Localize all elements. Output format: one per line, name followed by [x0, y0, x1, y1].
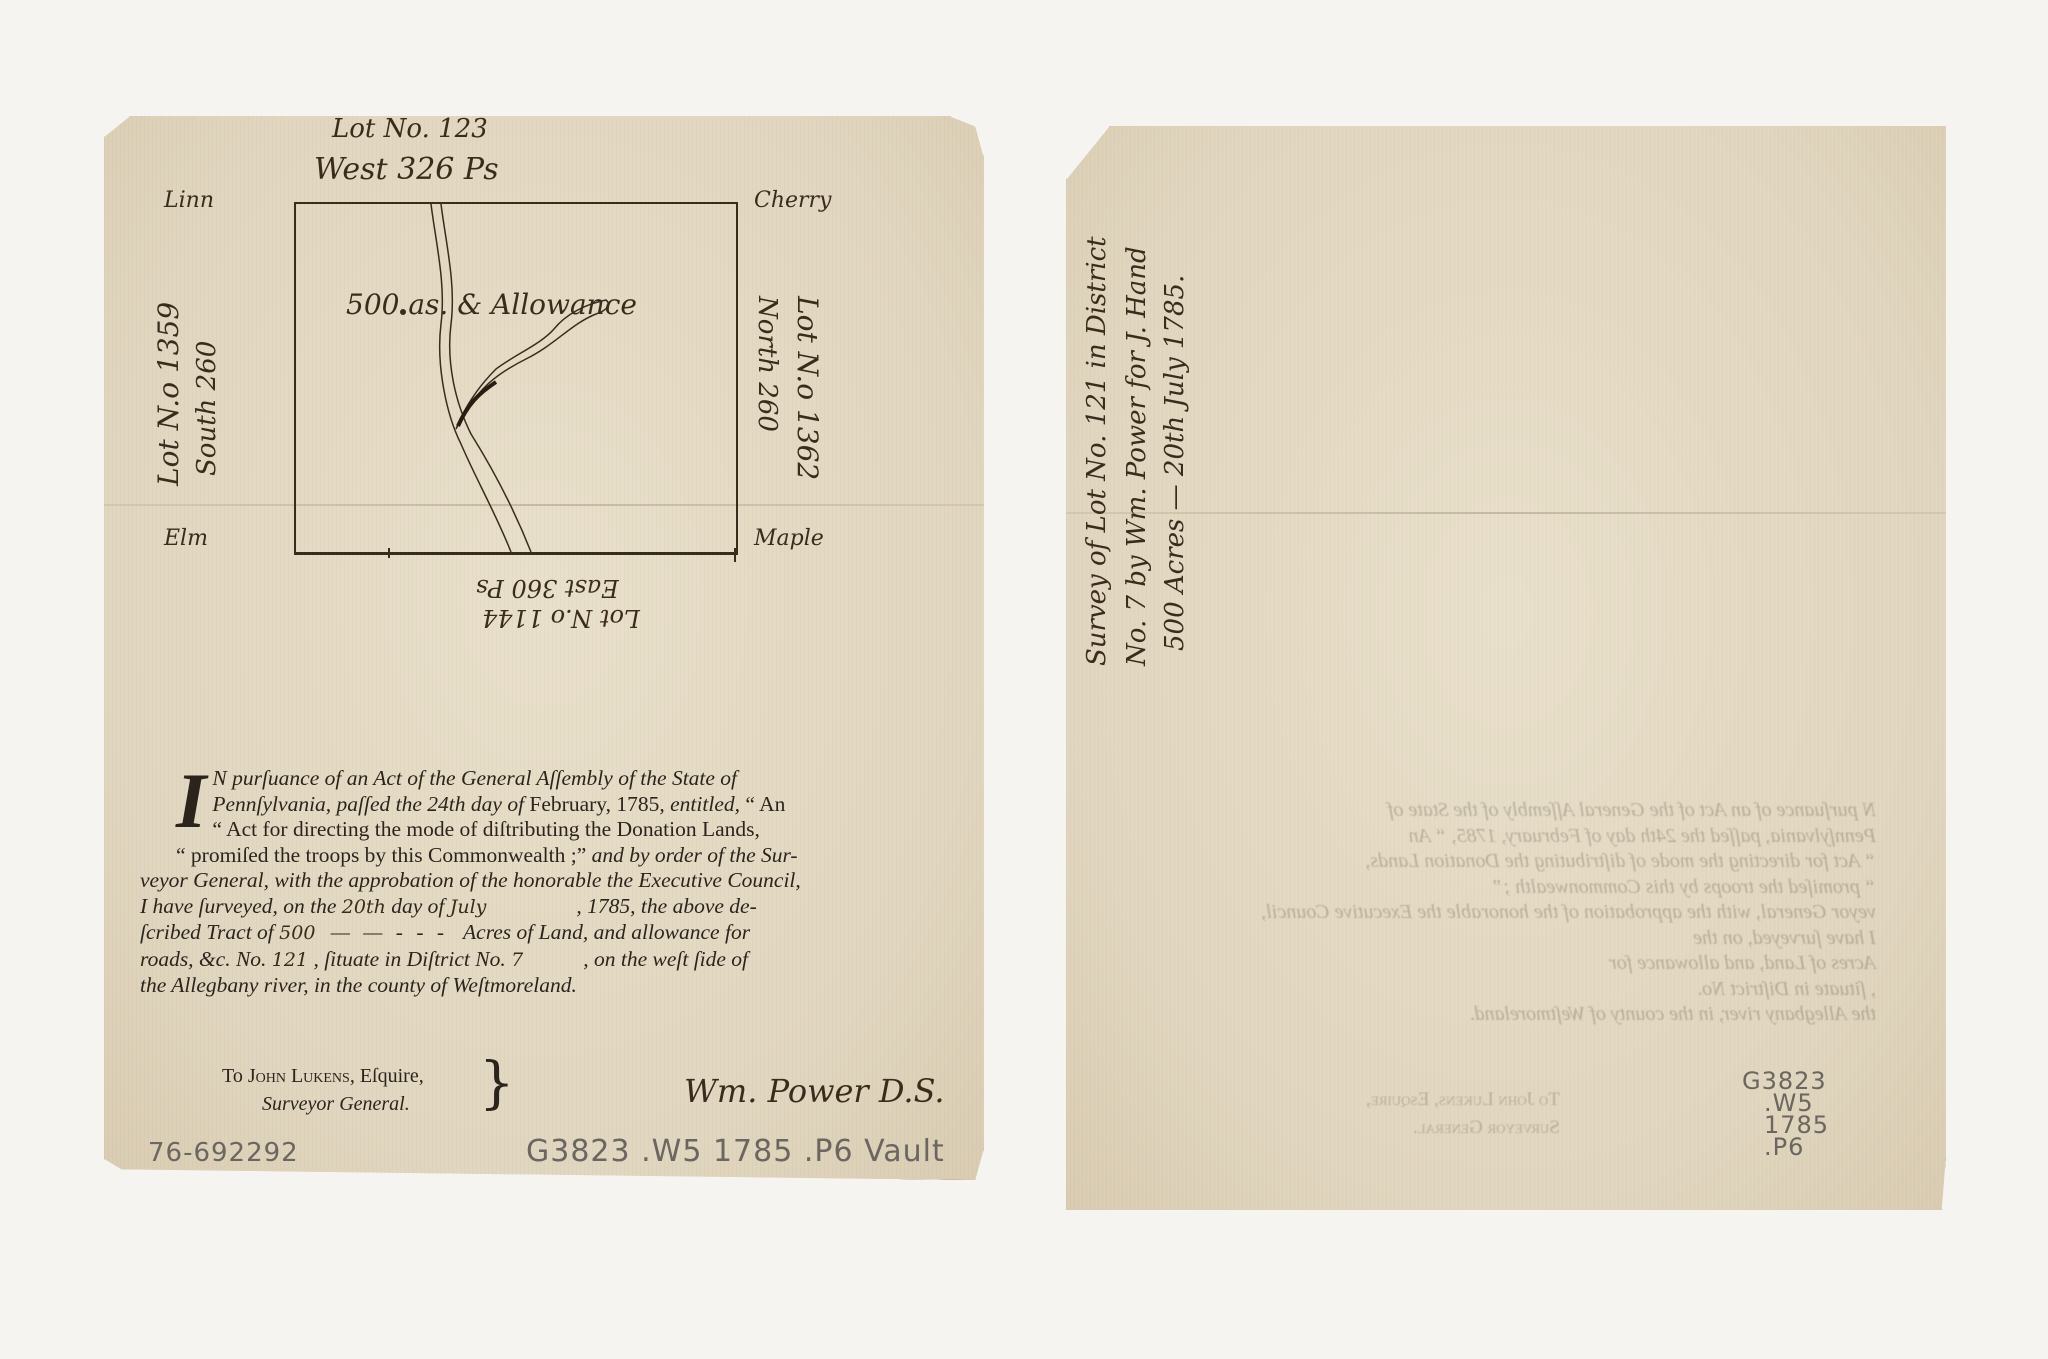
plat-top-lot: Lot No. 123 — [332, 114, 488, 144]
corner-bottom-left: Elm — [164, 526, 208, 551]
brace: } — [479, 1056, 515, 1112]
survey-tick — [388, 548, 390, 558]
printed-line: “ Act for directing the mode of diſtribu… — [176, 817, 946, 843]
addressee-block: To John Lukens, Eſquire, Surveyor Genera… — [222, 1062, 424, 1118]
survey-tick — [734, 548, 736, 562]
printed-line: roads, &c. No. 121 , ſituate in Diſtrict… — [140, 947, 946, 974]
bleed-through-text: N purſuance of an Act of the General Aſſ… — [1176, 798, 1876, 1028]
corner-top-right: Cherry — [754, 188, 831, 213]
endorsement-line-2: No. 7 by Wm. Power for J. Hand — [1122, 246, 1152, 666]
acres-fill: 500 — [279, 922, 315, 944]
day-fill: 20th — [342, 896, 386, 918]
plat-bottom-bearing: East 360 Ps — [476, 574, 619, 602]
plat-interior-label: 500 as. & Allowance — [346, 288, 637, 321]
endorsement-line-3: 500 Acres — 20th July 1785. — [1160, 275, 1190, 651]
plat-left-lot: Lot N.o 1359 — [152, 302, 185, 486]
survey-plat: 500 as. & Allowance — [294, 202, 738, 555]
printed-line: I have ſurveyed, on the 20th day of July… — [140, 894, 946, 921]
endorsement-line-1: Survey of Lot No. 121 in District — [1082, 236, 1112, 666]
printed-line: veyor General, with the approbation of t… — [140, 868, 946, 894]
printed-line: Pennſylvania, paſſed the 24th day of Feb… — [176, 792, 946, 818]
surveyor-signature: Wm. Power D.S. — [684, 1072, 945, 1110]
bleed-through-addressee: To John Lukens, Eſquire, Surveyor Genera… — [1366, 1086, 1560, 1142]
lot-fill: 121 — [272, 949, 308, 971]
printed-certificate: I N purſuance of an Act of the General A… — [176, 766, 946, 999]
month-fill: July — [450, 896, 487, 918]
document-page-verso: Survey of Lot No. 121 in District No. 7 … — [1066, 126, 1946, 1210]
printed-line: ſcribed Tract of 500 — — - - - Acres of … — [140, 920, 946, 947]
plat-right-bearing: North 260 — [752, 296, 782, 432]
plat-bottom-lot: Lot N.o 1144 — [482, 604, 640, 632]
plat-right-lot: Lot N.o 1362 — [791, 296, 824, 480]
printed-line: N purſuance of an Act of the General Aſſ… — [176, 766, 946, 792]
district-fill: 7 — [511, 949, 523, 971]
corner-bottom-right: Maple — [754, 526, 824, 551]
document-page-recto: Lot No. 123 West 326 Ps Linn Cherry Elm … — [104, 116, 984, 1180]
printed-line: the Allegbany river, in the county of We… — [140, 973, 946, 999]
drop-cap: I — [176, 770, 206, 832]
printed-line: “ promiſed the troops by this Commonweal… — [176, 843, 946, 869]
call-number: G3823 .W5 1785 .P6 Vault — [526, 1134, 945, 1169]
plat-top-bearing: West 326 Ps — [314, 152, 499, 187]
call-number-stacked: G3823 .W5 1785 .P6 — [1742, 1070, 1829, 1158]
fold-line — [1066, 512, 1946, 514]
corner-top-left: Linn — [164, 188, 214, 213]
river-icon — [296, 204, 736, 552]
plat-left-bearing: South 260 — [192, 341, 222, 476]
catalog-number: 76-692292 — [148, 1138, 299, 1168]
